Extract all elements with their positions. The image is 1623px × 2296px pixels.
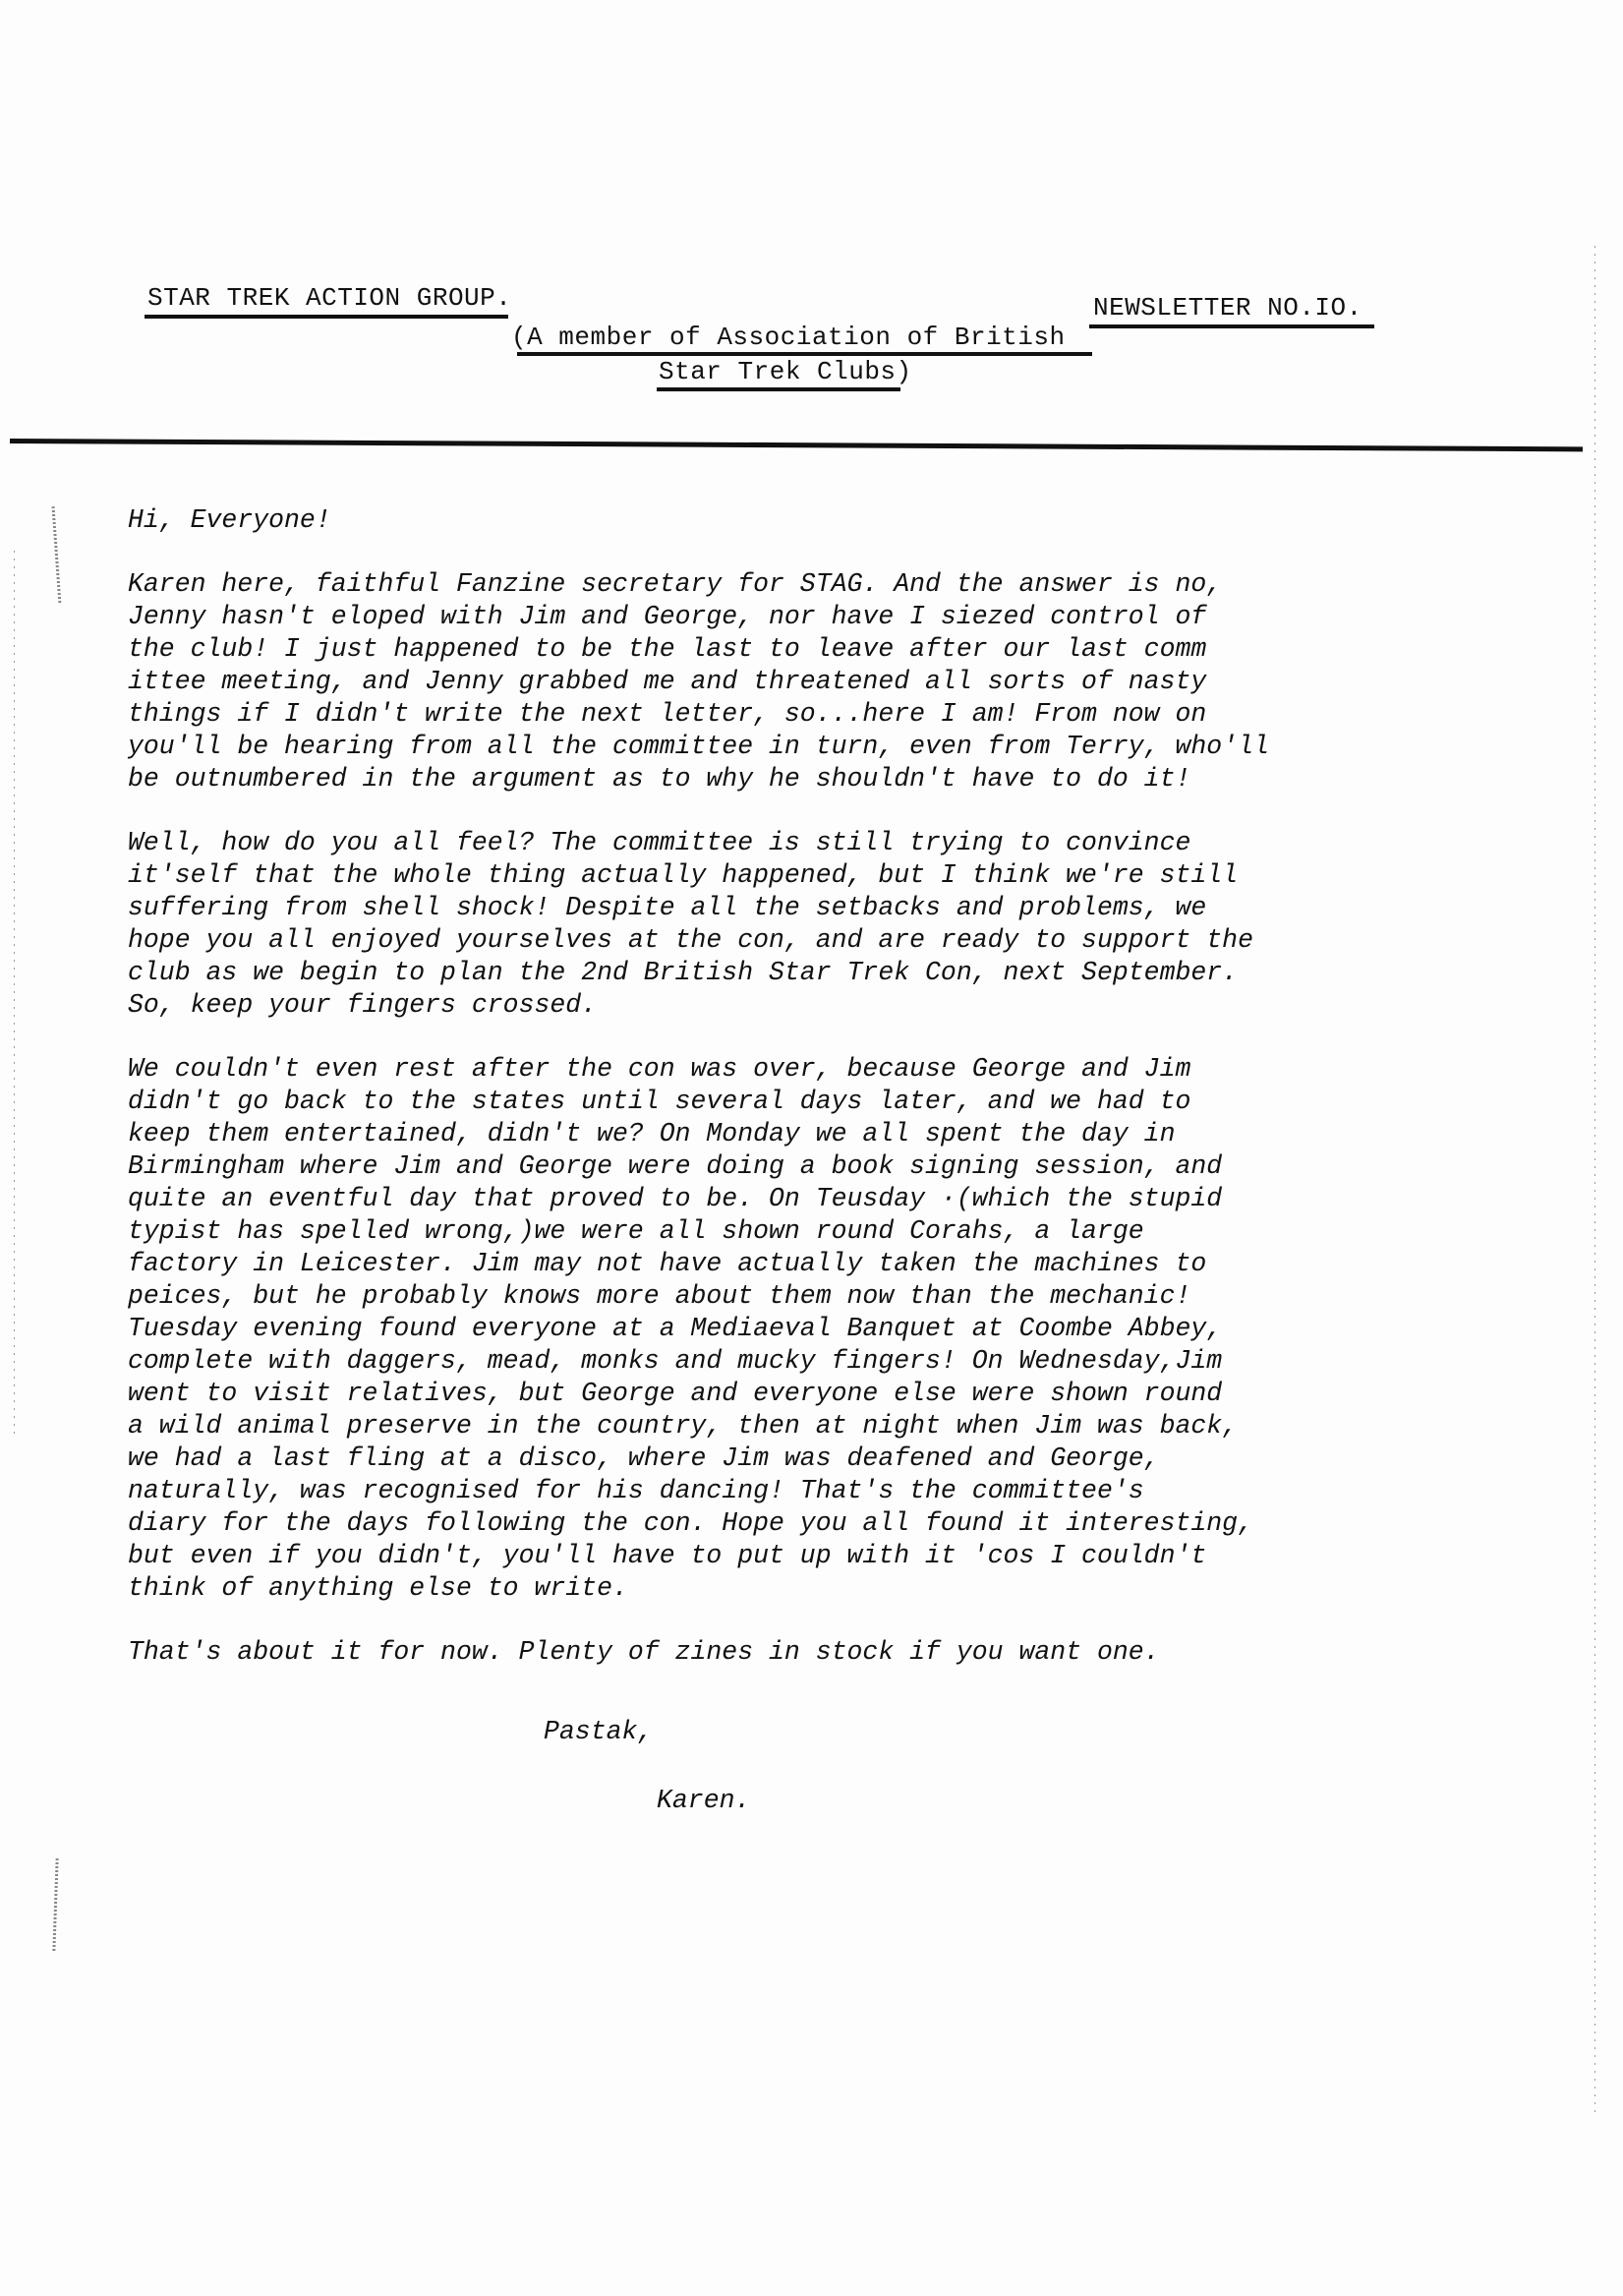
text-line: Birmingham where Jim and George were doi… (128, 1150, 1366, 1183)
affiliation-line-1: (A member of Association of British (511, 323, 1066, 352)
text-line: We couldn't even rest after the con was … (128, 1053, 1366, 1086)
newsletter-number: NEWSLETTER NO.IO. (1093, 293, 1362, 323)
text-line: suffering from shell shock! Despite all … (128, 892, 1366, 924)
letter-paragraphs: Karen here, faithful Fanzine secretary f… (128, 568, 1366, 1669)
affiliation-underline-1 (517, 352, 1092, 356)
paragraph: We couldn't even rest after the con was … (128, 1053, 1366, 1605)
text-line: That's about it for now. Plenty of zines… (128, 1636, 1366, 1669)
text-line: didn't go back to the states until sever… (128, 1086, 1366, 1118)
newsletter-page: STAR TREK ACTION GROUP. NEWSLETTER NO.IO… (0, 0, 1623, 2296)
text-line: it'self that the whole thing actually ha… (128, 859, 1366, 892)
text-line: think of anything else to write. (128, 1572, 1366, 1605)
text-line: diary for the days following the con. Ho… (128, 1507, 1366, 1540)
text-line: So, keep your fingers crossed. (128, 989, 1366, 1022)
text-line: quite an eventful day that proved to be.… (128, 1183, 1366, 1215)
signature: Karen. (657, 1786, 750, 1815)
margin-mark-top (52, 506, 62, 605)
text-line: Well, how do you all feel? The committee… (128, 827, 1366, 859)
text-line: keep them entertained, didn't we? On Mon… (128, 1118, 1366, 1150)
text-line: ittee meeting, and Jenny grabbed me and … (128, 666, 1366, 698)
header-separator-rule (10, 439, 1583, 451)
affiliation-underline-2 (657, 387, 900, 391)
paragraph: That's about it for now. Plenty of zines… (128, 1636, 1366, 1669)
text-line: Karen here, faithful Fanzine secretary f… (128, 568, 1366, 601)
scan-edge-right (1594, 246, 1595, 2114)
paragraph: Karen here, faithful Fanzine secretary f… (128, 568, 1366, 795)
club-name-underline (145, 315, 508, 319)
text-line: the club! I just happened to be the last… (128, 633, 1366, 666)
text-line: typist has spelled wrong,)we were all sh… (128, 1215, 1366, 1248)
letter-body: Hi, Everyone! Karen here, faithful Fanzi… (128, 504, 1366, 1669)
club-name: STAR TREK ACTION GROUP. (147, 283, 511, 313)
valediction: Pastak, (544, 1717, 653, 1746)
paragraph: Well, how do you all feel? The committee… (128, 827, 1366, 1022)
text-line: Jenny hasn't eloped with Jim and George,… (128, 601, 1366, 633)
text-line: be outnumbered in the argument as to why… (128, 763, 1366, 795)
text-line: you'll be hearing from all the committee… (128, 731, 1366, 763)
text-line: hope you all enjoyed yourselves at the c… (128, 924, 1366, 957)
text-line: we had a last fling at a disco, where Ji… (128, 1442, 1366, 1475)
greeting: Hi, Everyone! (128, 504, 1366, 537)
scan-edge-left (14, 551, 15, 1436)
text-line: peices, but he probably knows more about… (128, 1280, 1366, 1313)
text-line: went to visit relatives, but George and … (128, 1378, 1366, 1410)
margin-mark-bottom (52, 1858, 58, 1952)
text-line: complete with daggers, mead, monks and m… (128, 1345, 1366, 1378)
text-line: factory in Leicester. Jim may not have a… (128, 1248, 1366, 1280)
text-line: things if I didn't write the next letter… (128, 698, 1366, 731)
newsletter-number-underline (1089, 324, 1374, 328)
affiliation-line-2: Star Trek Clubs) (659, 357, 912, 386)
text-line: naturally, was recognised for his dancin… (128, 1475, 1366, 1507)
text-line: club as we begin to plan the 2nd British… (128, 957, 1366, 989)
text-line: Tuesday evening found everyone at a Medi… (128, 1313, 1366, 1345)
text-line: but even if you didn't, you'll have to p… (128, 1540, 1366, 1572)
text-line: a wild animal preserve in the country, t… (128, 1410, 1366, 1442)
